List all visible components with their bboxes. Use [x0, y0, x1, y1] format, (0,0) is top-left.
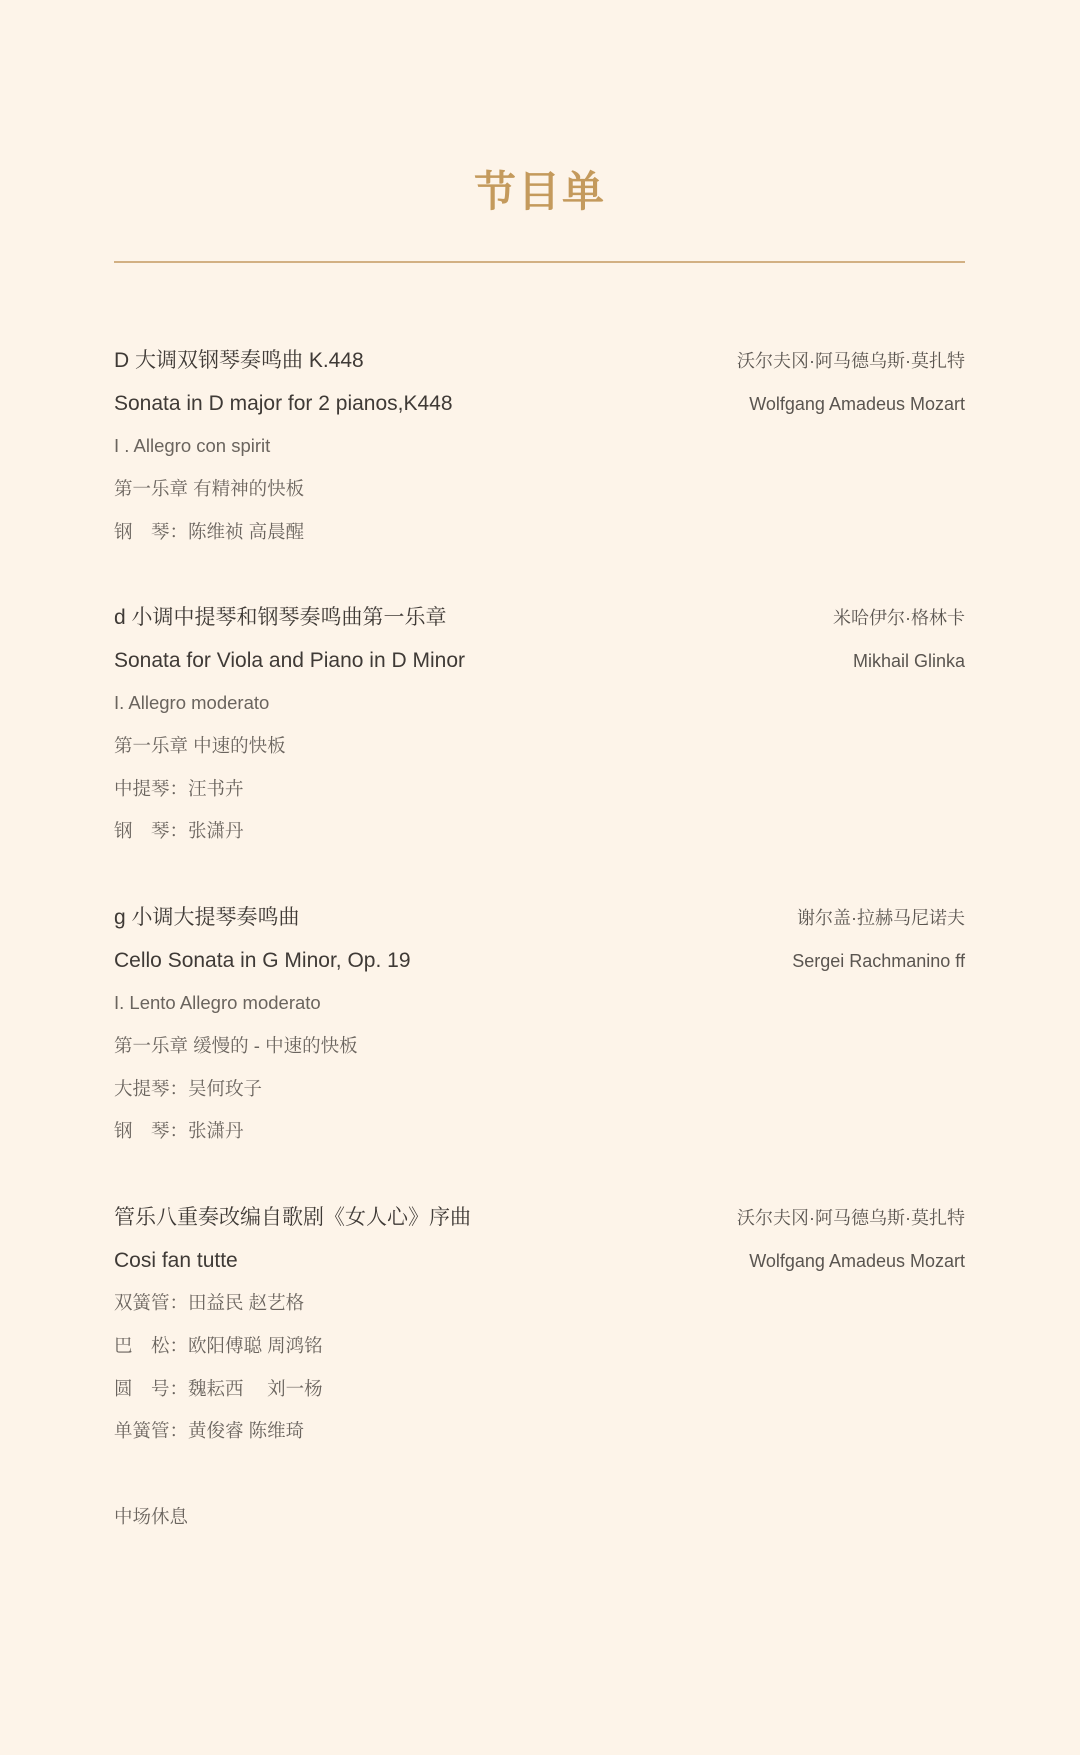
page-title: 节目单 [0, 164, 1080, 220]
program-piece-1: D 大调双钢琴奏鸣曲 K.448 沃尔夫冈·阿马德乌斯·莫扎特 Sonata i… [114, 340, 965, 553]
composer-name-en: Sergei Rachmanino ff [792, 940, 965, 983]
movement-en: I. Lento Allegro moderato [114, 982, 321, 1025]
movement-cn: 第一乐章 缓慢的 - 中速的快板 [114, 1025, 358, 1068]
performer-line: 中提琴：汪书卉 [114, 768, 244, 811]
performer-line: 圆 号：魏耘西 刘一杨 [114, 1368, 323, 1411]
composer-name-en: Wolfgang Amadeus Mozart [749, 1240, 965, 1283]
piece-title-en: Sonata in D major for 2 pianos,K448 [114, 383, 453, 426]
composer-name-cn: 米哈伊尔·格林卡 [833, 597, 965, 640]
performer-line: 双簧管：田益民 赵艺格 [114, 1282, 304, 1325]
piece-title-cn: D 大调双钢琴奏鸣曲 K.448 [114, 340, 364, 383]
movement-en: I . Allegro con spirit [114, 425, 270, 468]
program-piece-4: 管乐八重奏改编自歌剧《女人心》序曲 沃尔夫冈·阿马德乌斯·莫扎特 Cosi fa… [114, 1197, 965, 1453]
performer-line: 钢 琴：张潇丹 [114, 1110, 244, 1153]
performer-line: 钢 琴：张潇丹 [114, 810, 244, 853]
piece-title-en: Sonata for Viola and Piano in D Minor [114, 640, 465, 683]
performer-line: 钢 琴：陈维祯 高晨醒 [114, 511, 304, 554]
performer-line: 单簧管：黄俊睿 陈维琦 [114, 1410, 304, 1453]
movement-cn: 第一乐章 有精神的快板 [114, 468, 304, 511]
composer-name-cn: 沃尔夫冈·阿马德乌斯·莫扎特 [737, 340, 965, 383]
performer-line: 大提琴：吴何玫子 [114, 1068, 262, 1111]
program-piece-3: g 小调大提琴奏鸣曲 谢尔盖·拉赫马尼诺夫 Cello Sonata in G … [114, 897, 965, 1153]
performer-line: 巴 松：欧阳傅聪 周鸿铭 [114, 1325, 323, 1368]
composer-name-en: Mikhail Glinka [853, 640, 965, 683]
composer-name-en: Wolfgang Amadeus Mozart [749, 383, 965, 426]
movement-cn: 第一乐章 中速的快板 [114, 725, 286, 768]
piece-title-cn: g 小调大提琴奏鸣曲 [114, 897, 300, 940]
composer-name-cn: 沃尔夫冈·阿马德乌斯·莫扎特 [737, 1197, 965, 1240]
piece-title-en: Cosi fan tutte [114, 1240, 238, 1283]
title-divider [114, 261, 965, 263]
piece-title-cn: 管乐八重奏改编自歌剧《女人心》序曲 [114, 1197, 471, 1240]
intermission-label: 中场休息 [114, 1496, 188, 1538]
program-piece-2: d 小调中提琴和钢琴奏鸣曲第一乐章 米哈伊尔·格林卡 Sonata for Vi… [114, 597, 965, 853]
movement-en: I. Allegro moderato [114, 682, 269, 725]
composer-name-cn: 谢尔盖·拉赫马尼诺夫 [797, 897, 965, 940]
piece-title-en: Cello Sonata in G Minor, Op. 19 [114, 940, 411, 983]
piece-title-cn: d 小调中提琴和钢琴奏鸣曲第一乐章 [114, 597, 447, 640]
